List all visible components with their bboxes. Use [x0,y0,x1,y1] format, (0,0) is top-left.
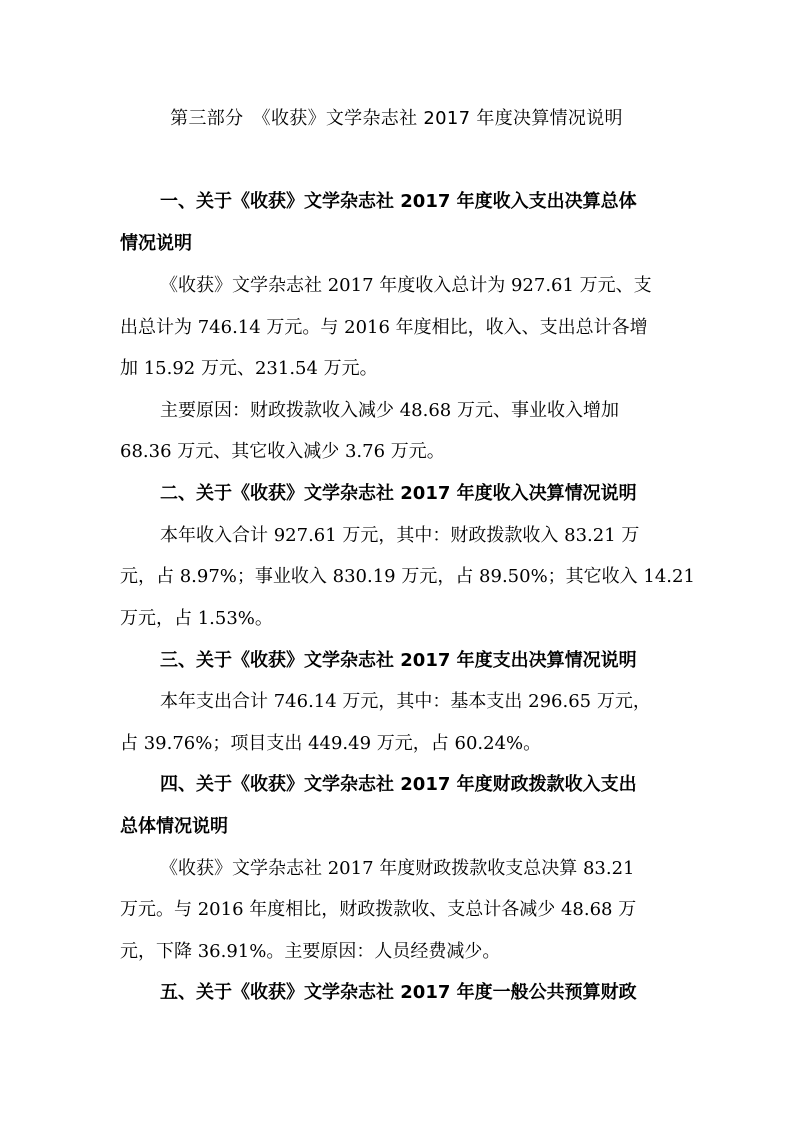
section-1-heading: 一、关于《收获》文学杂志社 2017 年度收入支出决算总体 [160,190,675,214]
paragraph-line: 万元，占 1.53%。 [120,607,675,631]
section-5-heading: 五、关于《收获》文学杂志社 2017 年度一般公共预算财政 [160,981,675,1005]
section-3-heading: 三、关于《收获》文学杂志社 2017 年度支出决算情况说明 [160,649,675,673]
paragraph-line: 加 15.92 万元、231.54 万元。 [120,357,675,381]
paragraph-line: 《收获》文学杂志社 2017 年度收入总计为 927.61 万元、支 [160,274,675,298]
paragraph-line: 占 39.76%；项目支出 449.49 万元，占 60.24%。 [120,732,675,756]
section-1-heading-cont: 情况说明 [120,232,675,256]
page-title: 第三部分 《收获》文学杂志社 2017 年度决算情况说明 [0,104,793,130]
paragraph-line: 本年支出合计 746.14 万元，其中：基本支出 296.65 万元， [160,690,675,714]
paragraph-line: 元，下降 36.91%。主要原因：人员经费减少。 [120,940,675,964]
section-4-heading: 四、关于《收获》文学杂志社 2017 年度财政拨款收入支出 [160,773,675,797]
paragraph-line: 本年收入合计 927.61 万元，其中：财政拨款收入 83.21 万 [160,524,675,548]
paragraph-line: 《收获》文学杂志社 2017 年度财政拨款收支总决算 83.21 [160,857,675,881]
paragraph-line: 元，占 8.97%；事业收入 830.19 万元，占 89.50%；其它收入 1… [120,565,675,589]
section-2-heading: 二、关于《收获》文学杂志社 2017 年度收入决算情况说明 [160,482,675,506]
document-page: 第三部分 《收获》文学杂志社 2017 年度决算情况说明 一、关于《收获》文学杂… [0,0,793,1122]
section-4-heading-cont: 总体情况说明 [120,815,675,839]
paragraph-line: 68.36 万元、其它收入减少 3.76 万元。 [120,440,675,464]
paragraph-line: 出总计为 746.14 万元。与 2016 年度相比，收入、支出总计各增 [120,316,675,340]
paragraph-line: 主要原因：财政拨款收入减少 48.68 万元、事业收入增加 [160,399,675,423]
paragraph-line: 万元。与 2016 年度相比，财政拨款收、支总计各减少 48.68 万 [120,898,675,922]
